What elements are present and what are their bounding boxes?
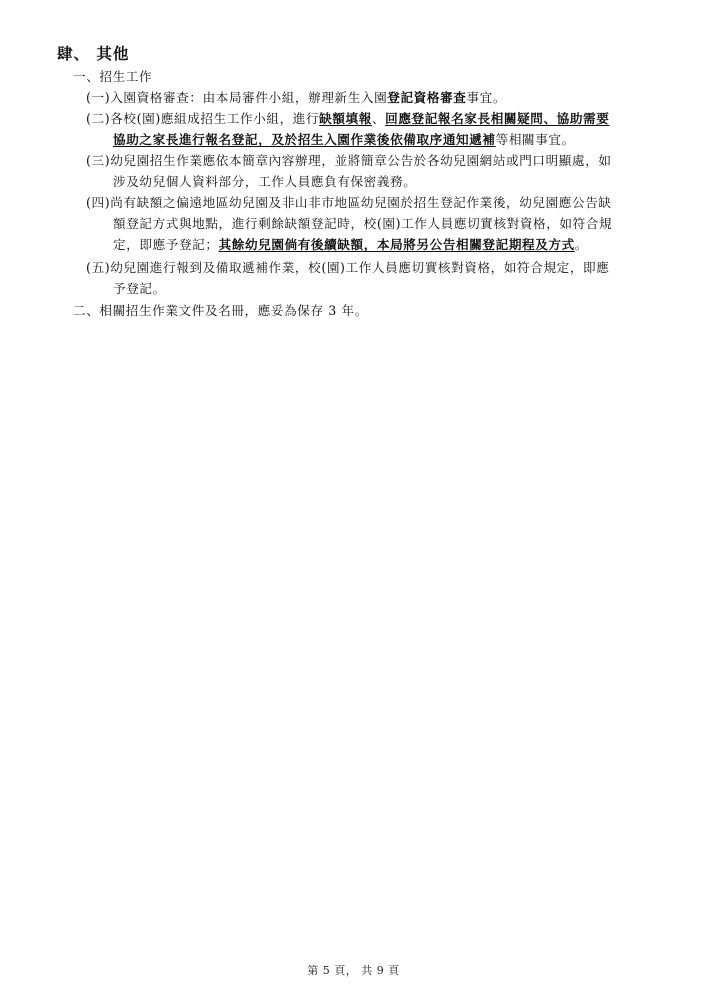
sub-item-1-text: (一)入園資格審查：由本局審件小組，辦理新生入園 xyxy=(86,90,387,105)
sub-item-1-bold: 登記資格審查 xyxy=(387,90,466,105)
separator: 、 xyxy=(372,111,385,126)
sub-item-3-line-1: (三)幼兒園招生作業應依本簡章內容辦理，並將簡章公告於各幼兒園網站或門口明顯處，… xyxy=(86,150,612,171)
sub-item-4-line-3: 定，即應予登記；其餘幼兒園倘有後續缺額，本局將另公告相關登記期程及方式。 xyxy=(113,234,588,255)
sub-item-4-line-1: (四)尚有缺額之偏遠地區幼兒園及非山非市地區幼兒園於招生登記作業後，幼兒園應公告… xyxy=(86,192,612,213)
page-footer: 第 5 頁， 共 9 頁 xyxy=(0,962,707,978)
sub-item-5-line-1: (五)幼兒園進行報到及備取遞補作業，校(園)工作人員應切實核對資格，如符合規定，… xyxy=(86,257,609,278)
sub-item-2-line-2: 協助之家長進行報名登記，及於招生入園作業後依備取序通知遞補等相關事宜。 xyxy=(113,129,575,150)
sub-item-3-line-2: 涉及幼兒個人資料部分，工作人員應負有保密義務。 xyxy=(113,171,416,192)
sub-item-4-text: 定，即應予登記； xyxy=(113,237,219,252)
document-page: 肆、 其他 一、招生工作 (一)入園資格審查：由本局審件小組，辦理新生入園登記資… xyxy=(0,0,707,1000)
item-1-label: 一、招生工作 xyxy=(73,66,152,87)
sub-item-2-text: (二)各校(園)應組成招生工作小組，進行 xyxy=(86,111,319,126)
sub-item-1: (一)入園資格審查：由本局審件小組，辦理新生入園登記資格審查事宜。 xyxy=(86,87,506,108)
sub-item-2-line-1: (二)各校(園)應組成招生工作小組，進行缺額填報、回應登記報名家長相關疑問、協助… xyxy=(86,108,609,129)
sub-item-5-line-2: 予登記。 xyxy=(113,278,166,299)
sub-item-2-emphasis-2: 回應登記報名家長相關疑問、協助需要 xyxy=(385,111,609,126)
sub-item-2-suffix: 等相關事宜。 xyxy=(496,132,575,147)
sub-item-2-emphasis-1: 缺額填報 xyxy=(319,111,372,126)
sub-item-4-suffix: 。 xyxy=(575,237,588,252)
item-2-label: 二、相關招生作業文件及名冊，應妥為保存 3 年。 xyxy=(73,300,368,321)
sub-item-4-emphasis: 其餘幼兒園倘有後續缺額，本局將另公告相關登記期程及方式 xyxy=(219,237,575,252)
sub-item-4-line-2: 額登記方式與地點，進行剩餘缺額登記時，校(園)工作人員應切實核對資格，如符合規 xyxy=(113,213,612,234)
section-heading: 肆、 其他 xyxy=(57,42,129,64)
sub-item-1-suffix: 事宜。 xyxy=(466,90,506,105)
sub-item-2-emphasis-3: 協助之家長進行報名登記，及於招生入園作業後依備取序通知遞補 xyxy=(113,132,496,147)
